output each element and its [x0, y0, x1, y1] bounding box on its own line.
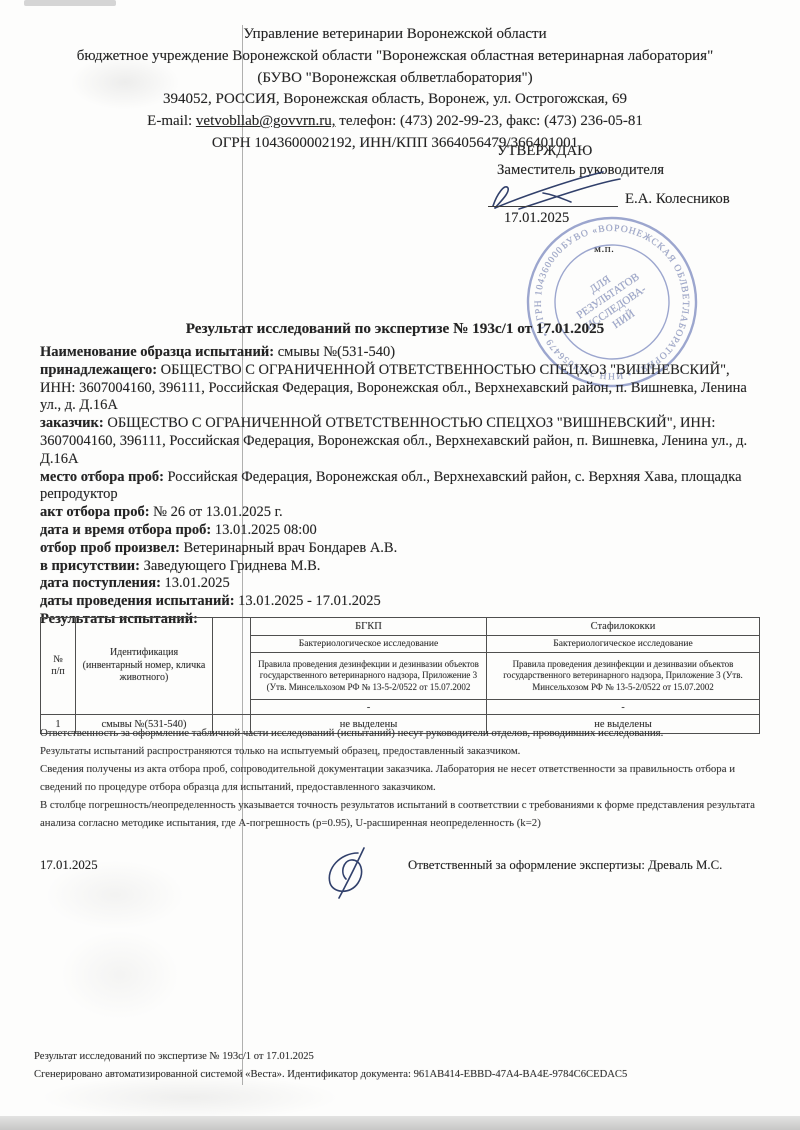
field-sample-name: Наименование образца испытаний: смывы №(…: [40, 344, 763, 362]
org-header: Управление ветеринарии Воронежской облас…: [30, 24, 760, 155]
phone-fax: телефон: (473) 202-99-23, факс: (473) 23…: [339, 113, 643, 129]
scan-blob: [60, 930, 180, 1020]
standard-staph: Правила проведения дезинфекции и дезинва…: [487, 653, 760, 700]
method-bgkp: Бактериологическое исследование: [251, 636, 487, 653]
footnote: Результаты испытаний распространяются то…: [40, 742, 765, 760]
document-footer: Результат исследований по экспертизе № 1…: [34, 1048, 774, 1083]
field-sampling-place: место отбора проб: Российская Федерация,…: [40, 469, 763, 505]
report-title: Результат исследований по экспертизе № 1…: [30, 320, 760, 338]
field-test-dates: даты проведения испытаний: 13.01.2025 - …: [40, 593, 763, 611]
dash-staph: -: [487, 700, 760, 715]
col-header-identification: Идентификация (инвентарный номер, кличка…: [76, 618, 213, 715]
scan-smudge: [24, 0, 116, 6]
table-row-group-names: № п/п Идентификация (инвентарный номер, …: [41, 618, 760, 636]
footnotes: Ответственность за оформление табличной …: [40, 724, 765, 833]
scan-bottom-edge: [0, 1116, 800, 1130]
method-staph: Бактериологическое исследование: [487, 636, 760, 653]
col-header-bgkp: БГКП: [251, 618, 487, 636]
col-header-empty: [213, 618, 251, 715]
org-short-name: (БУВО "Воронежская облветлаборатория"): [30, 68, 760, 90]
responsible-person: Ответственный за оформление экспертизы: …: [408, 858, 722, 873]
org-contacts: E-mail: vetvobllab@govvrn.ru, телефон: (…: [30, 111, 760, 133]
email-label: E-mail:: [147, 113, 192, 129]
dash-bgkp: -: [251, 700, 487, 715]
field-witness: в присутствии: Заведующего Гриднева М.В.: [40, 558, 763, 576]
field-sampling-datetime: дата и время отбора проб: 13.01.2025 08:…: [40, 522, 763, 540]
org-name: бюджетное учреждение Воронежской области…: [30, 46, 760, 68]
sample-fields: Наименование образца испытаний: смывы №(…: [40, 344, 763, 629]
scanned-document-page: Управление ветеринарии Воронежской облас…: [0, 0, 800, 1130]
standard-bgkp: Правила проведения дезинфекции и дезинва…: [251, 653, 487, 700]
footer-generated-line: Сгенерировано автоматизированной системо…: [34, 1066, 774, 1084]
results-table: № п/п Идентификация (инвентарный номер, …: [40, 617, 760, 734]
footnote: Ответственность за оформление табличной …: [40, 724, 765, 742]
footnote: Сведения получены из акта отбора проб, с…: [40, 760, 765, 796]
email-link[interactable]: vetvobllab@govvrn.ru,: [196, 113, 336, 129]
footnote: В столбце погрешность/неопределенность у…: [40, 796, 765, 832]
approve-label: УТВЕРЖДАЮ: [497, 142, 664, 161]
field-customer: заказчик: ОБЩЕСТВО С ОГРАНИЧЕННОЙ ОТВЕТС…: [40, 415, 763, 468]
field-owner: принадлежащего: ОБЩЕСТВО С ОГРАНИЧЕННОЙ …: [40, 362, 763, 415]
responsible-signature: [318, 845, 380, 901]
footer-expertise-line: Результат исследований по экспертизе № 1…: [34, 1048, 774, 1066]
org-address: 394052, РОССИЯ, Воронежская область, Вор…: [30, 89, 760, 111]
org-department: Управление ветеринарии Воронежской облас…: [30, 24, 760, 46]
signoff-date: 17.01.2025: [40, 858, 98, 873]
field-sampler: отбор проб произвел: Ветеринарный врач Б…: [40, 540, 763, 558]
field-sampling-act: акт отбора проб: № 26 от 13.01.2025 г.: [40, 504, 763, 522]
col-header-num: № п/п: [41, 618, 76, 715]
field-receipt-date: дата поступления: 13.01.2025: [40, 575, 763, 593]
approval-date: 17.01.2025: [504, 210, 569, 227]
col-header-staph: Стафилококки: [487, 618, 760, 636]
